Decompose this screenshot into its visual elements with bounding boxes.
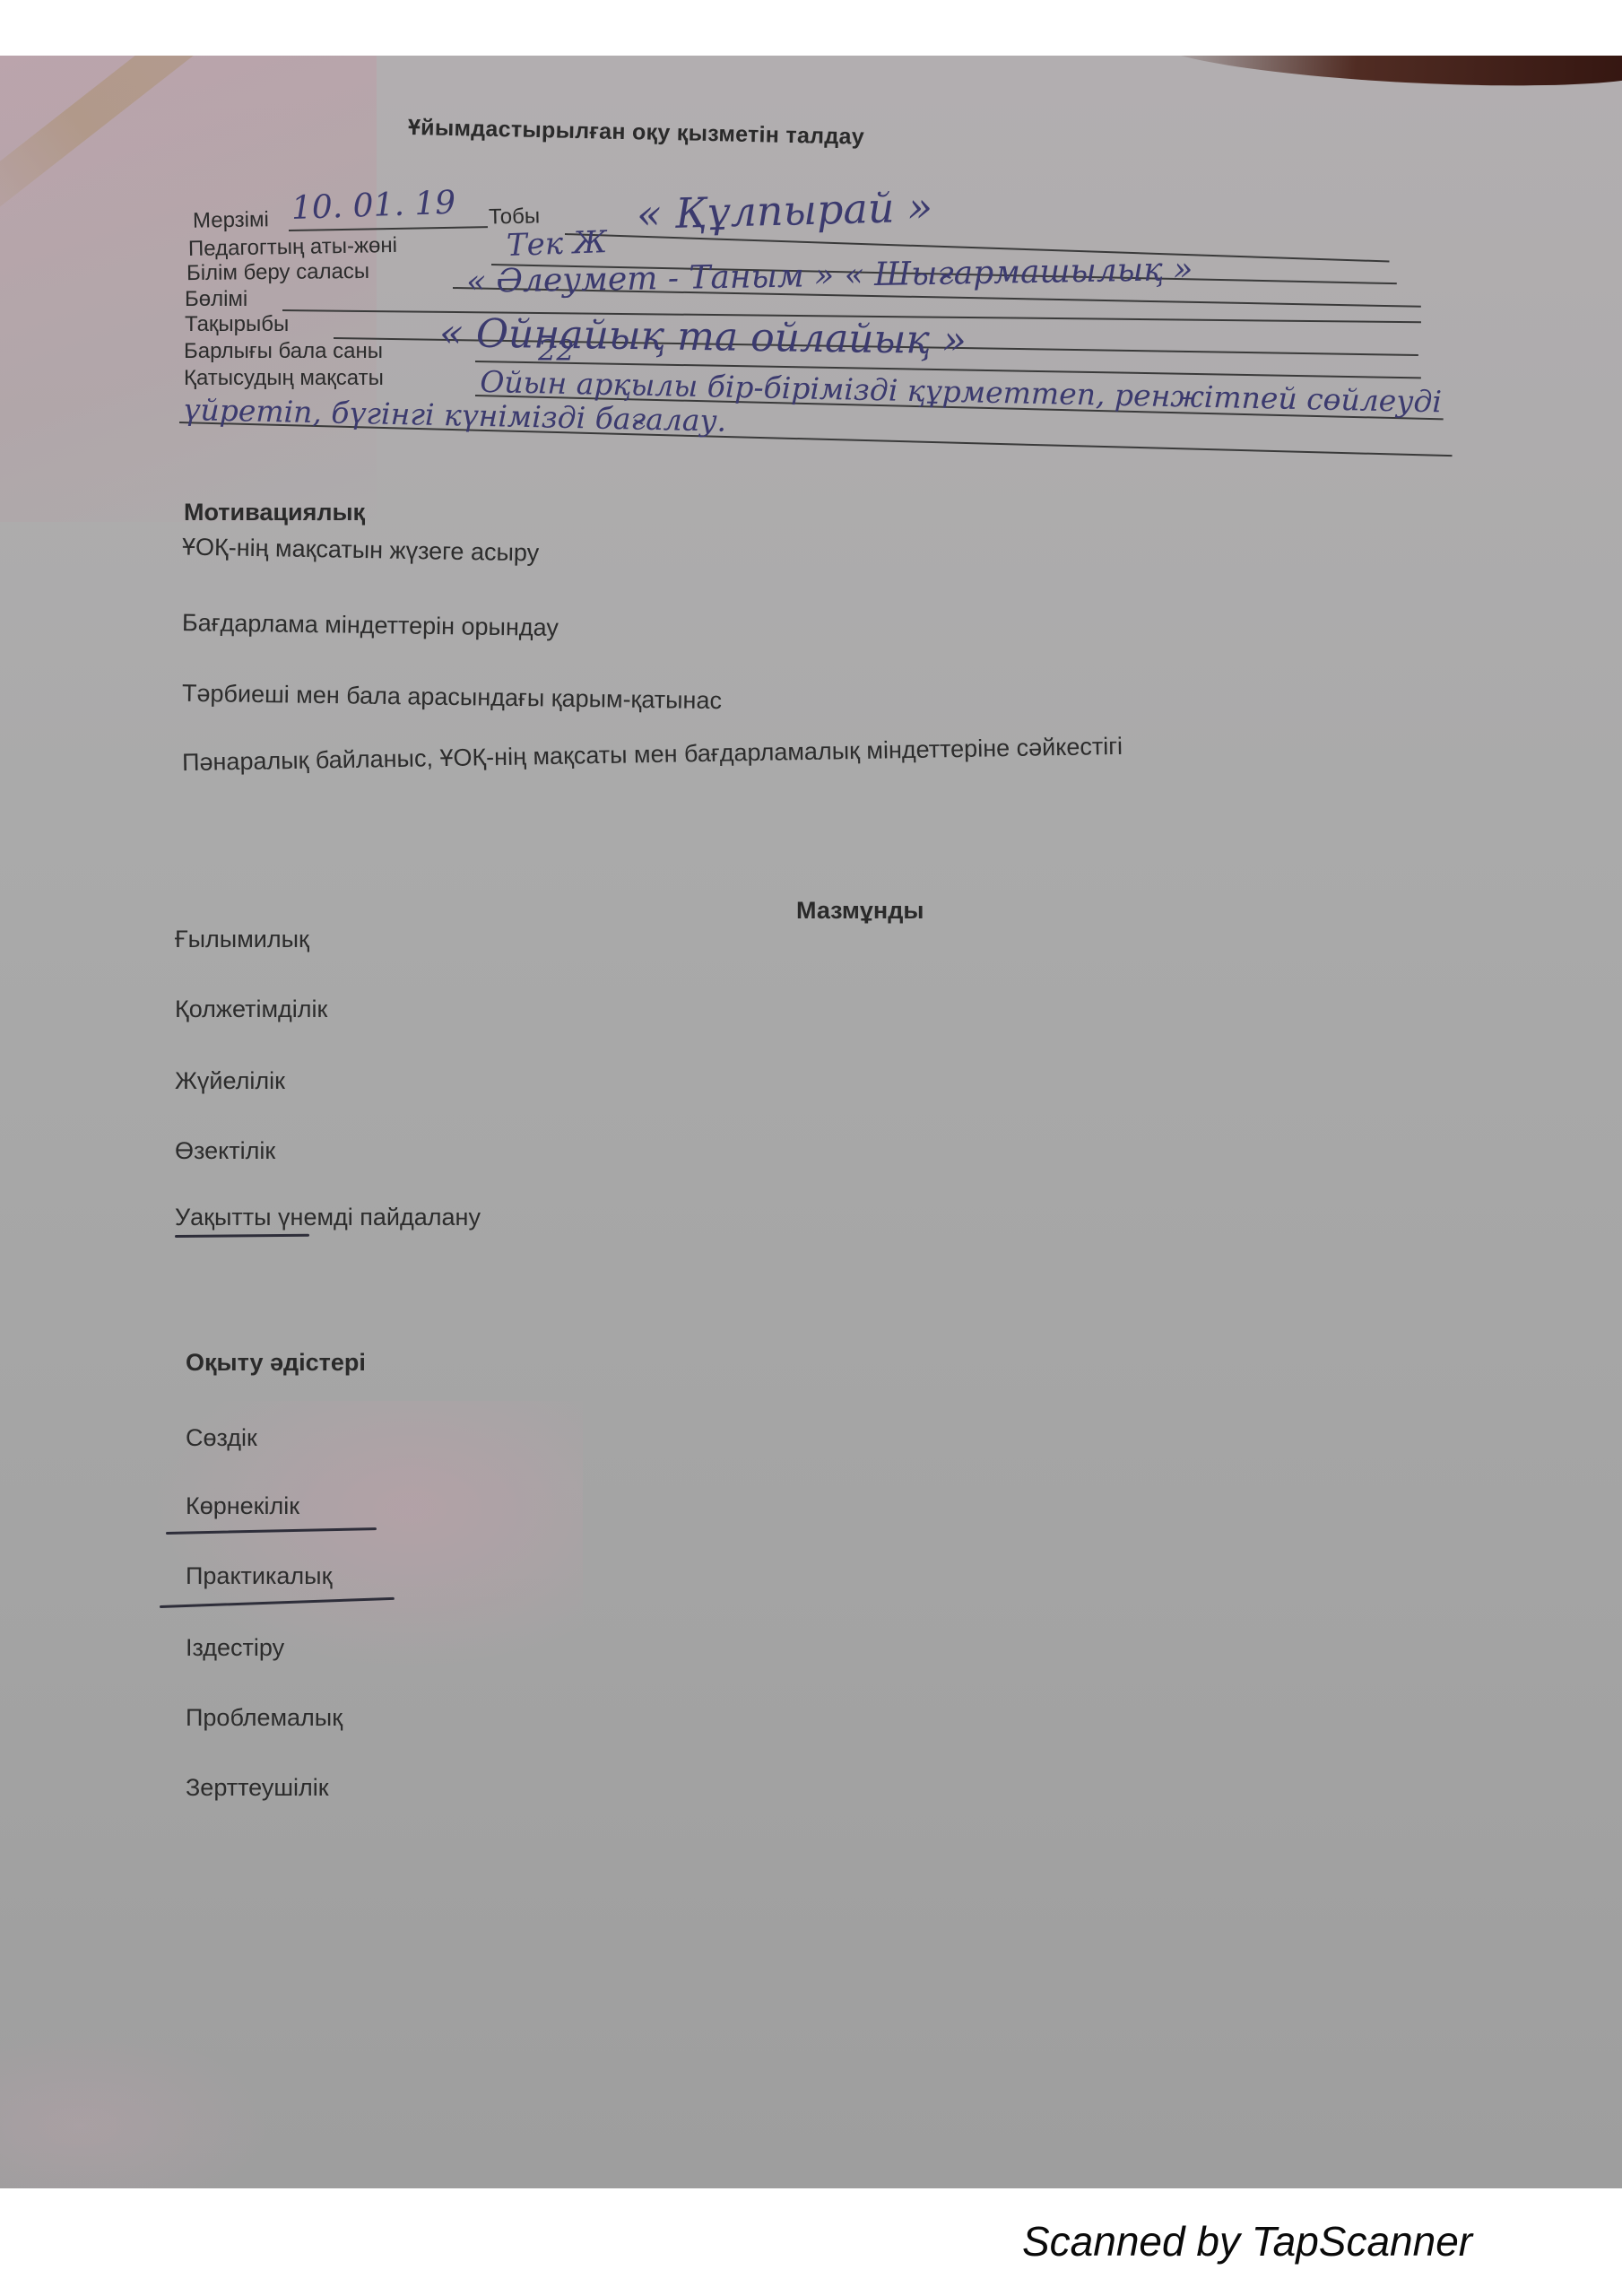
method-item: Іздестіру	[186, 1634, 284, 1662]
field-value-children-count: 22	[538, 334, 575, 368]
field-label-teacher: Педагогтың аты-жөні	[188, 233, 397, 262]
criteria-item: Өзектілік	[175, 1137, 275, 1165]
section-heading-teaching-methods: Оқыту әдістері	[186, 1349, 366, 1377]
section-heading-motivational: Мотивациялық	[184, 499, 365, 526]
criteria-item: Жүйелілік	[175, 1067, 285, 1095]
field-label-education-area: Білім беру саласы	[186, 259, 369, 286]
field-value-teacher: Тек Ж	[506, 224, 607, 264]
criteria-item: Бағдарлама міндеттерін орындау	[182, 609, 559, 642]
field-label-date: Мерзімі	[193, 207, 269, 233]
method-item-underlined: Практикалық	[186, 1562, 332, 1590]
criteria-item-underlined: Уақытты үнемді пайдалану	[175, 1204, 481, 1231]
method-item: Зерттеушілік	[186, 1774, 329, 1802]
field-label-topic: Тақырыбы	[185, 312, 289, 337]
field-value-date: 10. 01. 19	[291, 185, 456, 227]
paper-shadow	[0, 2029, 269, 2188]
section-heading-content: Мазмұнды	[796, 897, 924, 925]
criteria-item: Ғылымилық	[175, 926, 309, 953]
table-edge	[1155, 56, 1622, 96]
scanner-watermark: Scanned by TapScanner	[1022, 2217, 1472, 2266]
method-item: Сөздік	[186, 1424, 257, 1452]
field-label-section: Бөлімі	[185, 287, 247, 312]
field-value-group: « Құлпырай »	[636, 182, 933, 239]
field-value-topic: « Ойнайық та ойлайық »	[439, 310, 967, 363]
method-item-underlined: Көрнекілік	[186, 1492, 299, 1520]
method-item: Проблемалық	[186, 1704, 343, 1732]
criteria-item: Қолжетімділік	[175, 996, 327, 1023]
